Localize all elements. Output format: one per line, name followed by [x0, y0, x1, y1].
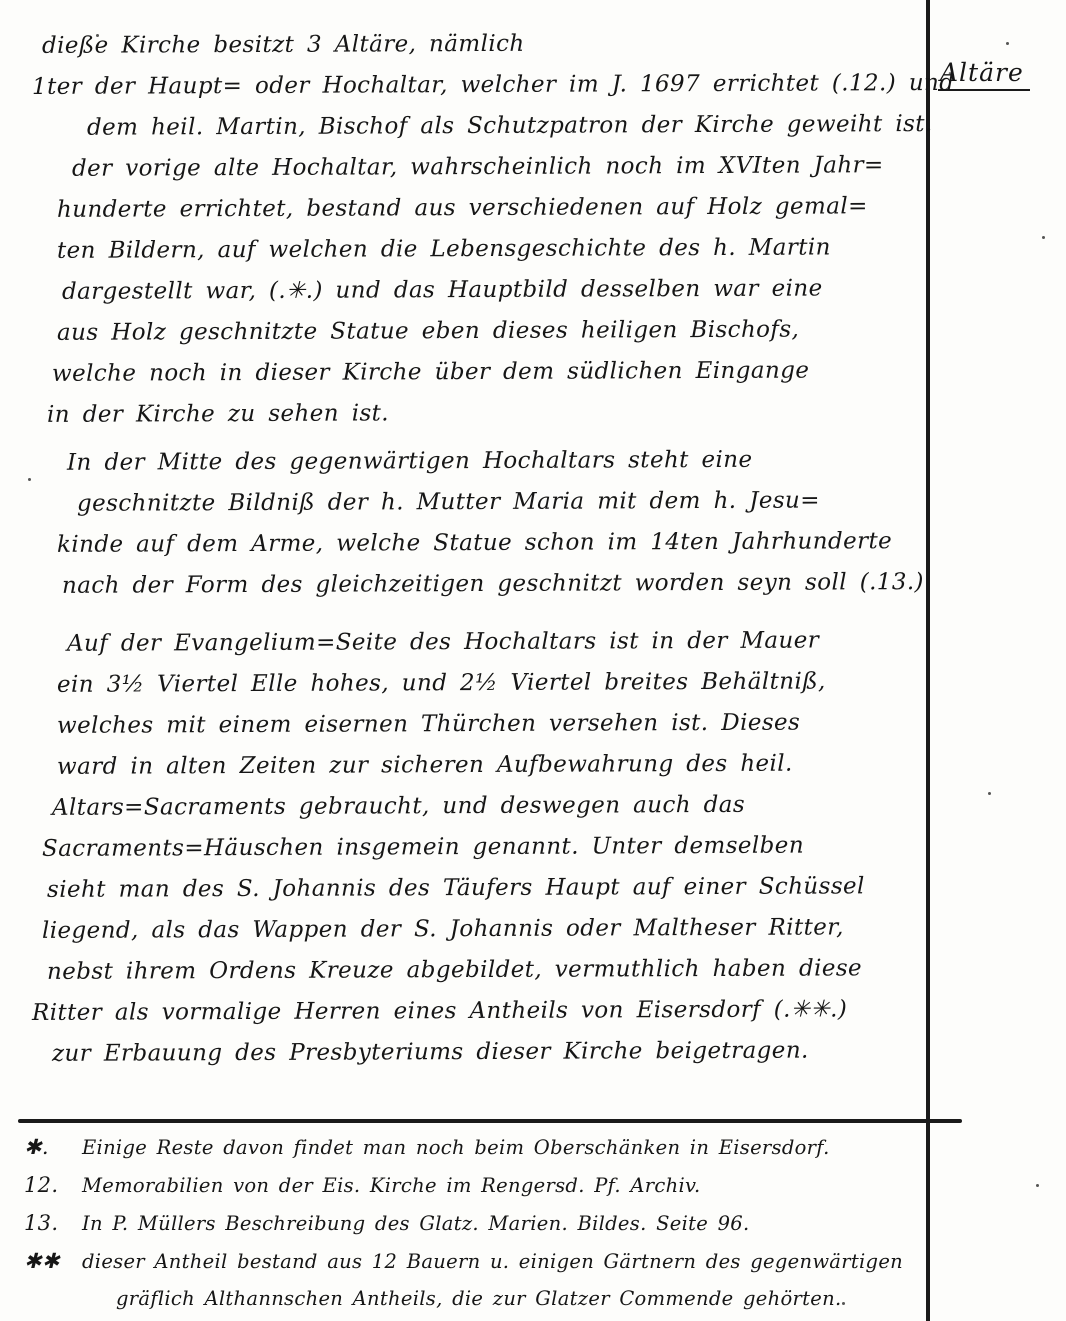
manuscript-line: der vorige alte Hochaltar, wahrscheinlic…: [32, 145, 924, 190]
footnote-marker-double-asterisk: ✱✱: [24, 1242, 82, 1280]
manuscript-line: nach der Form des gleichzeitigen geschni…: [32, 562, 924, 607]
footnote-line: 13. In P. Müllers Beschreibung des Glatz…: [24, 1204, 924, 1242]
manuscript-line: dieße Kirche besitzt 3 Altäre, nämlich: [32, 22, 924, 67]
ink-speck: [28, 478, 31, 481]
manuscript-line: geschnitzte Bildniß der h. Mutter Maria …: [32, 480, 924, 525]
manuscript-line: in der Kirche zu sehen ist.: [32, 391, 924, 436]
manuscript-line: liegend, als das Wappen der S. Johannis …: [32, 907, 924, 952]
ink-speck: [842, 1302, 845, 1305]
manuscript-line: sieht man des S. Johannis des Täufers Ha…: [32, 866, 924, 911]
manuscript-line: Auf der Evangelium=Seite des Hochaltars …: [32, 620, 924, 665]
manuscript-line: aus Holz geschnitzte Statue eben dieses …: [32, 309, 924, 354]
footnote-line: gräflich Althannschen Antheils, die zur …: [24, 1280, 924, 1318]
manuscript-line: kinde auf dem Arme, welche Statue schon …: [32, 521, 924, 566]
manuscript-page: Altäre dieße Kirche besitzt 3 Altäre, nä…: [0, 0, 1066, 1321]
footnote-text: In P. Müllers Beschreibung des Glatz. Ma…: [82, 1205, 750, 1243]
manuscript-line: 1ter der Haupt= oder Hochaltar, welcher …: [32, 63, 924, 108]
footnotes: ✱. Einige Reste davon findet man noch be…: [24, 1128, 924, 1318]
manuscript-line: ein 3½ Viertel Elle hohes, und 2½ Vierte…: [32, 661, 924, 706]
footnote-line: ✱✱ dieser Antheil bestand aus 12 Bauern …: [24, 1242, 924, 1280]
footnote-separator-rule: [18, 1119, 962, 1123]
manuscript-line: hunderte errichtet, bestand aus verschie…: [32, 186, 924, 231]
manuscript-line: Ritter als vormalige Herren eines Anthei…: [32, 989, 924, 1034]
ink-speck: [1006, 42, 1009, 45]
manuscript-body: dieße Kirche besitzt 3 Altäre, nämlich 1…: [32, 24, 924, 1073]
ink-speck: [988, 792, 991, 795]
footnote-line: ✱. Einige Reste davon findet man noch be…: [24, 1128, 924, 1166]
footnote-marker-asterisk: ✱.: [24, 1128, 82, 1166]
manuscript-line: dem heil. Martin, Bischof als Schutzpatr…: [32, 104, 924, 149]
footnote-text: Memorabilien von der Eis. Kirche im Reng…: [82, 1167, 701, 1205]
footnote-text: dieser Antheil bestand aus 12 Bauern u. …: [82, 1243, 903, 1281]
manuscript-line: nebst ihrem Ordens Kreuze abgebildet, ve…: [32, 948, 924, 993]
ink-speck: [96, 34, 99, 37]
manuscript-line: welche noch in dieser Kirche über dem sü…: [32, 350, 924, 395]
manuscript-line: ward in alten Zeiten zur sicheren Aufbew…: [32, 743, 924, 788]
manuscript-line: welches mit einem eisernen Thürchen vers…: [32, 702, 924, 747]
manuscript-line: dargestellt war, (.✳.) und das Hauptbild…: [32, 268, 924, 313]
manuscript-line: zur Erbauung des Presbyteriums dieser Ki…: [32, 1030, 924, 1075]
manuscript-line: In der Mitte des gegenwärtigen Hochaltar…: [32, 439, 924, 484]
footnote-line: 12. Memorabilien von der Eis. Kirche im …: [24, 1166, 924, 1204]
manuscript-line: ten Bildern, auf welchen die Lebensgesch…: [32, 227, 924, 272]
footnote-text: Einige Reste davon findet man noch beim …: [82, 1129, 830, 1167]
footnote-text: gräflich Althannschen Antheils, die zur …: [82, 1280, 841, 1318]
manuscript-line: Sacraments=Häuschen insgemein genannt. U…: [32, 825, 924, 870]
footnote-marker-12: 12.: [24, 1166, 82, 1204]
footnote-marker-13: 13.: [24, 1204, 82, 1242]
manuscript-line: Altars=Sacraments gebraucht, und deswege…: [32, 784, 924, 829]
ink-speck: [1036, 1184, 1039, 1187]
ink-speck: [1042, 236, 1045, 239]
